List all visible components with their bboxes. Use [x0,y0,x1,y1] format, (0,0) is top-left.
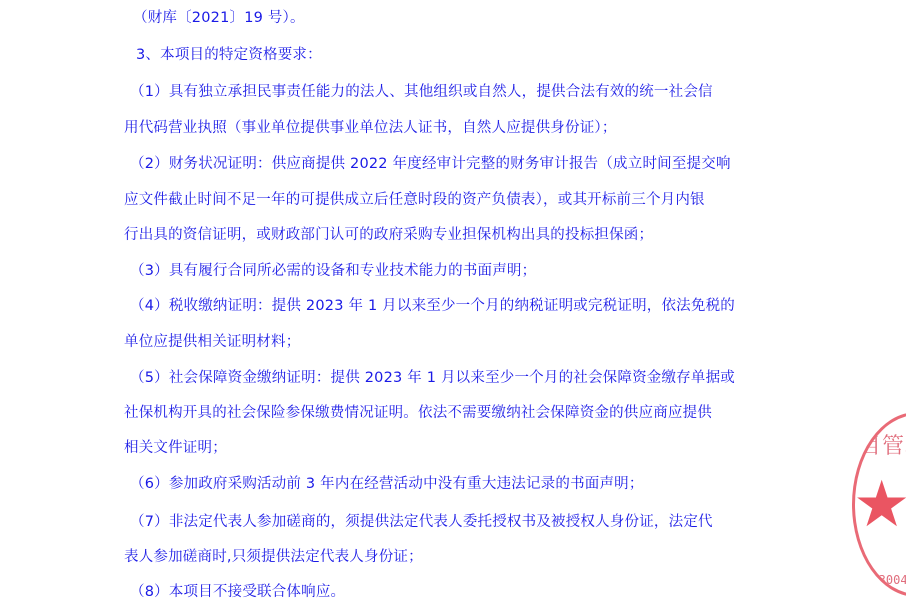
stamp-text: 目管理 [859,429,906,460]
requirement-1-line-2: 用代码营业执照（事业单位提供事业单位法人证书，自然人应提供身份证）； [124,118,617,138]
requirement-6-line-1: （6）参加政府采购活动前 3 年内在经营活动中没有重大违法记录的书面声明； [130,474,644,494]
star-icon: ★ [853,473,906,537]
requirement-2-line-1: （2）财务状况证明：供应商提供 2022 年度经审计完整的财务审计报告（成立时间… [130,154,731,174]
stamp-number: 01230045 [857,573,906,587]
doc-line-0: （财库〔2021〕19 号）。 [133,8,305,28]
requirement-2-line-3: 行出具的资信证明，或财政部门认可的政府采购专业担保机构出具的投标担保函； [124,225,653,245]
requirement-8-line-1: （8）本项目不接受联合体响应。 [130,582,345,602]
section-heading: 3、本项目的特定资格要求： [136,45,322,65]
requirement-5-line-2: 社保机构开具的社会保险参保缴费情况证明。依法不需要缴纳社会保障资金的供应商应提供 [124,403,712,423]
requirement-7-line-1: （7）非法定代表人参加磋商的，须提供法定代表人委托授权书及被授权人身份证，法定代 [130,512,713,532]
requirement-3-line-1: （3）具有履行合同所必需的设备和专业技术能力的书面声明； [130,261,536,281]
requirement-5-line-3: 相关文件证明； [124,438,227,458]
requirement-5-line-1: （5）社会保障资金缴纳证明：提供 2023 年 1 月以来至少一个月的社会保障资… [130,368,735,388]
requirement-4-line-1: （4）税收缴纳证明：提供 2023 年 1 月以来至少一个月的纳税证明或完税证明… [130,296,735,316]
requirement-2-line-2: 应文件截止时间不足一年的可提供成立后任意时段的资产负债表），或其开标前三个月内银 [124,190,705,210]
official-seal-stamp: 目管理 ★ 01230045 [852,412,906,597]
requirement-1-line-1: （1）具有独立承担民事责任能力的法人、其他组织或自然人，提供合法有效的统一社会信 [130,82,713,102]
requirement-7-line-2: 表人参加磋商时,只须提供法定代表人身份证； [124,547,423,567]
requirement-4-line-2: 单位应提供相关证明材料； [124,332,300,352]
document-page: （财库〔2021〕19 号）。 3、本项目的特定资格要求： （1）具有独立承担民… [0,0,906,611]
